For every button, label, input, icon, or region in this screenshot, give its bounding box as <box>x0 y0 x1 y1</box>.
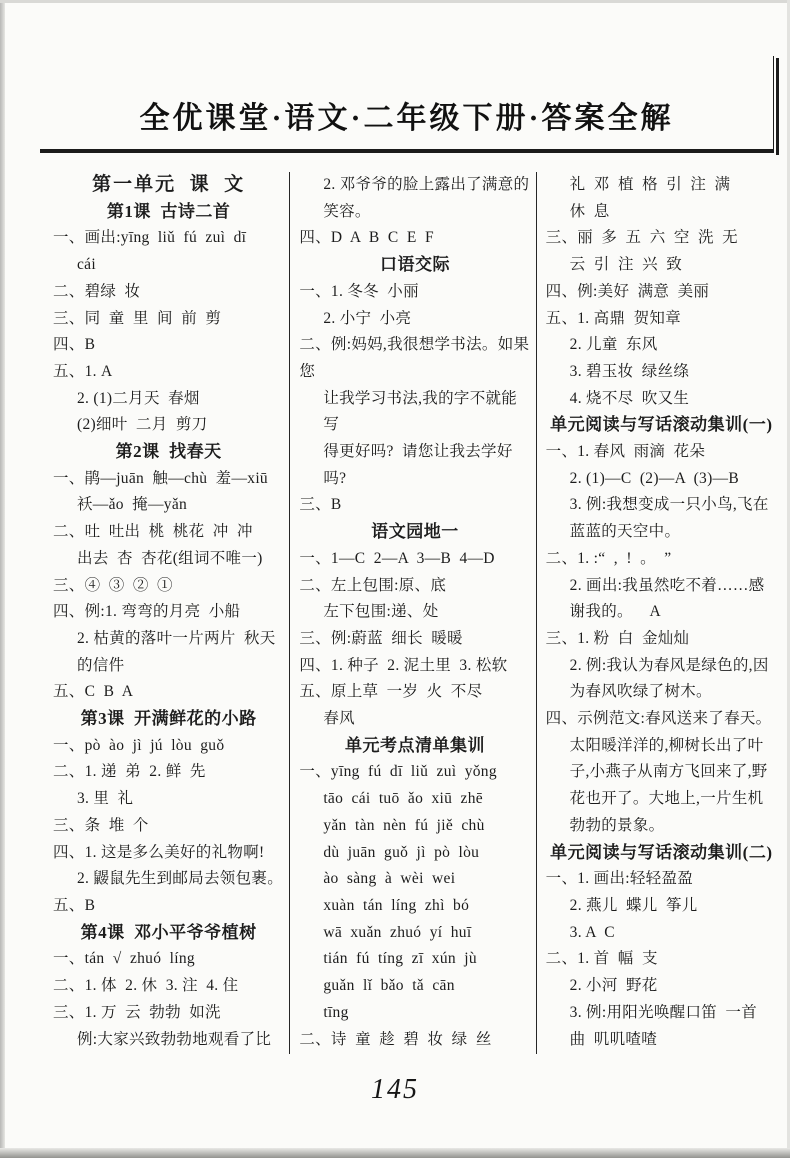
column-3: 礼 邓 植 格 引 注 满休 息三、丽 多 五 六 空 洗 无云 引 注 兴 致… <box>536 172 782 1054</box>
section-heading: 第1课 古诗二首 <box>53 199 284 226</box>
answer-line: wā xuǎn zhuó yí huī <box>299 920 530 947</box>
answer-line: 左下包围:递、处 <box>299 599 530 626</box>
answer-line: 二、碧绿 妆 <box>53 279 284 306</box>
answer-line: 二、1. 递 弟 2. 鲜 先 <box>53 759 284 786</box>
answer-line: 二、1. :“ , ! 。 ” <box>546 546 777 573</box>
answer-line: 谢我的。 A <box>546 599 777 626</box>
answer-line: 一、pò ào jì jú lòu guǒ <box>53 733 284 760</box>
answer-line: dù juān guǒ jì pò lòu <box>299 840 530 867</box>
answer-line: 五、C B A <box>53 679 284 706</box>
answer-line: 四、1. 种子 2. 泥土里 3. 松软 <box>299 653 530 680</box>
answer-line: 一、1. 春风 雨滴 花朵 <box>546 439 777 466</box>
answer-line: 勃勃的景象。 <box>546 813 777 840</box>
answer-line: 二、1. 体 2. 休 3. 注 4. 住 <box>53 973 284 1000</box>
answer-line: 3. A C <box>546 920 777 947</box>
answer-line: 2. 画出:我虽然吃不着……感 <box>546 573 777 600</box>
scan-edge-bottom <box>0 1148 790 1158</box>
answer-line: 3. 例:用阳光唤醒口笛 一首 <box>546 1000 777 1027</box>
section-heading: 单元阅读与写话滚动集训(一) <box>546 412 777 439</box>
answer-line: 一、1. 画出:轻轻盈盈 <box>546 866 777 893</box>
answer-line: 五、B <box>53 893 284 920</box>
answer-line: 蓝蓝的天空中。 <box>546 519 777 546</box>
answer-line: 二、例:妈妈,我很想学书法。如果您 <box>299 332 530 385</box>
answer-line: 剪 冲 寻 姑 娘 仔 吐 <box>299 1053 530 1054</box>
answer-line: 一、yīng fú dī liǔ zuì yǒng <box>299 759 530 786</box>
answer-line: 得更好吗? 请您让我去学好吗? <box>299 439 530 492</box>
answer-line: 一、鹃—juān 触—chù 羞—xiū <box>53 466 284 493</box>
answer-line: 为春风吹绿了树木。 <box>546 679 777 706</box>
answer-line: 三、丽 多 五 六 空 洗 无 <box>546 225 777 252</box>
answer-line: 3. 里 礼 <box>53 786 284 813</box>
answer-line: 春风 <box>299 706 530 733</box>
answer-line: ào sàng à wèi wei <box>299 866 530 893</box>
section-heading: 第4课 邓小平爷爷植树 <box>53 920 284 947</box>
answer-line: 五、原上草 一岁 火 不尽 <box>299 679 530 706</box>
answer-line: 2. 枯黄的落叶一片两片 秋天 <box>53 626 284 653</box>
answer-line: (2)细叶 二月 剪刀 <box>53 412 284 439</box>
section-heading: 口语交际 <box>299 252 530 279</box>
answer-line: xuàn tán líng zhì bó <box>299 893 530 920</box>
title-banner: 全优课堂·语文·二年级下册·答案全解 <box>40 56 774 153</box>
column-2: 2. 邓爷爷的脸上露出了满意的笑容。四、D A B C E F口语交际一、1. … <box>289 172 535 1054</box>
answer-line: 袄—ǎo 掩—yǎn <box>53 492 284 519</box>
answer-line: 云 引 注 兴 致 <box>546 252 777 279</box>
answer-line: 四、B <box>53 332 284 359</box>
answer-line: tīng <box>299 1000 530 1027</box>
answer-line: 一、1—C 2—A 3—B 4—D <box>299 546 530 573</box>
answer-line: 五、1. A <box>53 359 284 386</box>
answer-line: 2. 小河 野花 <box>546 973 777 1000</box>
answer-line: 五、1. 高鼎 贺知章 <box>546 306 777 333</box>
unit-heading: 第一单元 课 文 <box>53 172 284 199</box>
answer-line: 休 息 <box>546 199 777 226</box>
answer-line: 2. 鼹鼠先生到邮局去领包裹。 <box>53 866 284 893</box>
answer-line: 四、D A B C E F <box>299 225 530 252</box>
answer-line: 三、B <box>299 492 530 519</box>
answer-line: 二、吐 吐出 桃 桃花 冲 冲 <box>53 519 284 546</box>
answer-line: cái <box>53 252 284 279</box>
answer-line: 二、1. 首 幅 支 <box>546 946 777 973</box>
answer-line: 一、tán √ zhuó líng <box>53 946 284 973</box>
section-heading: 第3课 开满鲜花的小路 <box>53 706 284 733</box>
answer-line: 二、左上包围:原、底 <box>299 573 530 600</box>
answer-line: 四、例:美好 满意 美丽 <box>546 279 777 306</box>
answer-line: 一、1. 冬冬 小丽 <box>299 279 530 306</box>
answer-line: 三、1. 粉 白 金灿灿 <box>546 626 777 653</box>
answer-line: 太阳暖洋洋的,柳树长出了叶 <box>546 733 777 760</box>
answer-line: 2. 邓爷爷的脸上露出了满意的 <box>299 172 530 199</box>
page-number: 145 <box>0 1074 790 1106</box>
answer-line: 的信件 <box>53 653 284 680</box>
answer-line: 礼 邓 植 格 引 注 满 <box>546 172 777 199</box>
answer-line: 2. (1)二月天 春烟 <box>53 386 284 413</box>
answer-line: 三、④ ③ ② ① <box>53 573 284 600</box>
answer-line: 花也开了。大地上,一片生机 <box>546 786 777 813</box>
answer-line: 四、示例范文:春风送来了春天。 <box>546 706 777 733</box>
answer-line: 笑容。 <box>299 199 530 226</box>
scan-edge-top <box>0 0 790 3</box>
answer-line: tāo cái tuō ǎo xiū zhē <box>299 786 530 813</box>
answer-columns: 第一单元 课 文第1课 古诗二首一、画出:yīng liǔ fú zuì dīc… <box>44 172 782 1054</box>
answer-line: tián fú tíng zī xún jù <box>299 946 530 973</box>
answer-line: 4. 烧不尽 吹又生 <box>546 386 777 413</box>
answer-line: 二、诗 童 趁 碧 妆 绿 丝 <box>299 1027 530 1054</box>
answer-line: 三、同 童 里 间 前 剪 <box>53 306 284 333</box>
answer-line: 四、例:1. 弯弯的月亮 小船 <box>53 599 284 626</box>
answer-line: 2. (1)—C (2)—A (3)—B <box>546 466 777 493</box>
answer-line: 一、画出:yīng liǔ fú zuì dī <box>53 225 284 252</box>
answer-line: 曲 叽叽喳喳 <box>546 1027 777 1054</box>
answer-line: 例:大家兴致勃勃地观看了比赛。 <box>53 1027 284 1055</box>
answer-line: 2. 儿童 东风 <box>546 332 777 359</box>
answer-line: yǎn tàn nèn fú jiě chù <box>299 813 530 840</box>
section-heading: 单元考点清单集训 <box>299 733 530 760</box>
answer-line: 3. 碧玉妆 绿丝绦 <box>546 359 777 386</box>
page-title: 全优课堂·语文·二年级下册·答案全解 <box>139 93 673 149</box>
answer-line: 3. 例:我想变成一只小鸟,飞在 <box>546 492 777 519</box>
answer-line: 四、1. 这是多么美好的礼物啊! <box>53 840 284 867</box>
answer-line: 三、条 堆 个 <box>53 813 284 840</box>
answer-line: 2. 例:我认为春风是绿色的,因 <box>546 653 777 680</box>
answer-line: 让我学习书法,我的字不就能写 <box>299 386 530 439</box>
answer-line: 出去 杏 杏花(组词不唯一) <box>53 546 284 573</box>
section-heading: 语文园地一 <box>299 519 530 546</box>
answer-line: guǎn lǐ bǎo tǎ cān <box>299 973 530 1000</box>
section-heading: 第2课 找春天 <box>53 439 284 466</box>
column-1: 第一单元 课 文第1课 古诗二首一、画出:yīng liǔ fú zuì dīc… <box>44 172 289 1054</box>
section-heading: 单元阅读与写话滚动集训(二) <box>546 840 777 867</box>
answer-line: 三、1. 万 云 勃勃 如洗 <box>53 1000 284 1027</box>
answer-line: 2. 小宁 小亮 <box>299 306 530 333</box>
answer-line: 三、例:蔚蓝 细长 暖暖 <box>299 626 530 653</box>
answer-line: 子,小燕子从南方飞回来了,野 <box>546 759 777 786</box>
scan-edge-left <box>0 0 5 1158</box>
answer-line: 2. 燕儿 蝶儿 筝儿 <box>546 893 777 920</box>
